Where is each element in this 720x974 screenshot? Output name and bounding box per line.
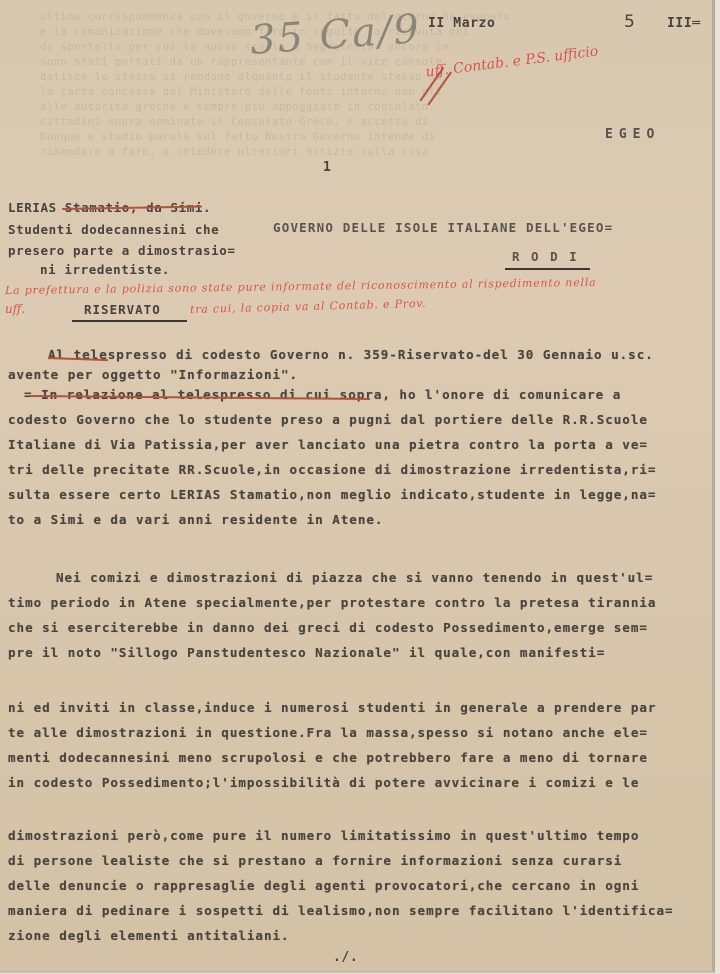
subject-line-3: presero parte a dimostrasio= [8,243,236,258]
body-line: to a Simi e da vari anni residente in At… [8,512,383,527]
body-line: in codesto Possedimento;l'impossibilità … [8,775,639,790]
body-line: zione degli elementi antitaliani. [8,928,290,943]
body-line: sulta essere certo LERIAS Stamatio,non m… [8,487,656,502]
red-annotation-line-2: uff. [5,302,25,316]
header-date: II Marzo [428,16,495,31]
classification-label: RISERVATO [84,302,161,317]
body-line: = In relazione al telespresso di cui sop… [24,387,621,402]
recipient-underline [505,268,590,270]
body-line: codesto Governo che lo studente preso a … [8,412,648,427]
recipient-line-1: GOVERNO DELLE ISOLE ITALIANE DELL'EGEO= [273,220,613,235]
body-line: maniera di pedinare i sospetti di lealis… [8,903,674,918]
body-line: di persone lealiste che si prestano a fo… [8,853,622,868]
body-line: menti dodecannesini meno scrupolosi e ch… [8,750,648,765]
body-line: avente per oggetto "Informazioni". [8,367,298,382]
body-line: che si eserciterebbe in danno dei greci … [8,620,648,635]
body-line: pre il noto "Sillogo Panstudentesco Nazi… [8,645,605,660]
body-line: ni ed inviti in classe,induce i numerosi… [8,700,656,715]
body-line: Italiane di Via Patissia,per aver lancia… [8,437,648,452]
body-line: te alle dimostrazioni in questione.Fra l… [8,725,648,740]
subject-line-4: ni irredentiste. [40,262,170,277]
body-line: dimostrazioni però,come pure il numero l… [8,828,639,843]
recipient-line-2: R O D I [512,249,579,264]
body-line: delle denuncie o rappresaglie degli agen… [8,878,639,893]
destination-label: EGEO [605,127,660,142]
classification-underline [72,320,187,322]
document-page: ultima corrispondenza con il governo e i… [0,0,715,973]
body-line: Nei comizi e dimostrazioni di piazza che… [56,570,653,585]
header-page-number: 5 [624,12,635,32]
sheet-number: 1 [323,160,331,175]
body-line: tri delle precitate RR.Scuole,in occasio… [8,462,656,477]
red-annotation-line-3: tra cui, la copia va al Contab. e Prov. [190,297,427,316]
body-line: timo periodo in Atene specialmente,per p… [8,595,656,610]
subject-line-2: Studenti dodecannesini che [8,222,219,237]
header-year: III═ [667,16,701,31]
continuation-mark: ./. [333,950,358,965]
red-annotation-line-1: La prefettura e la polizia sono state pu… [5,276,597,297]
body-line: Al telespresso di codesto Governo n. 359… [48,347,654,362]
